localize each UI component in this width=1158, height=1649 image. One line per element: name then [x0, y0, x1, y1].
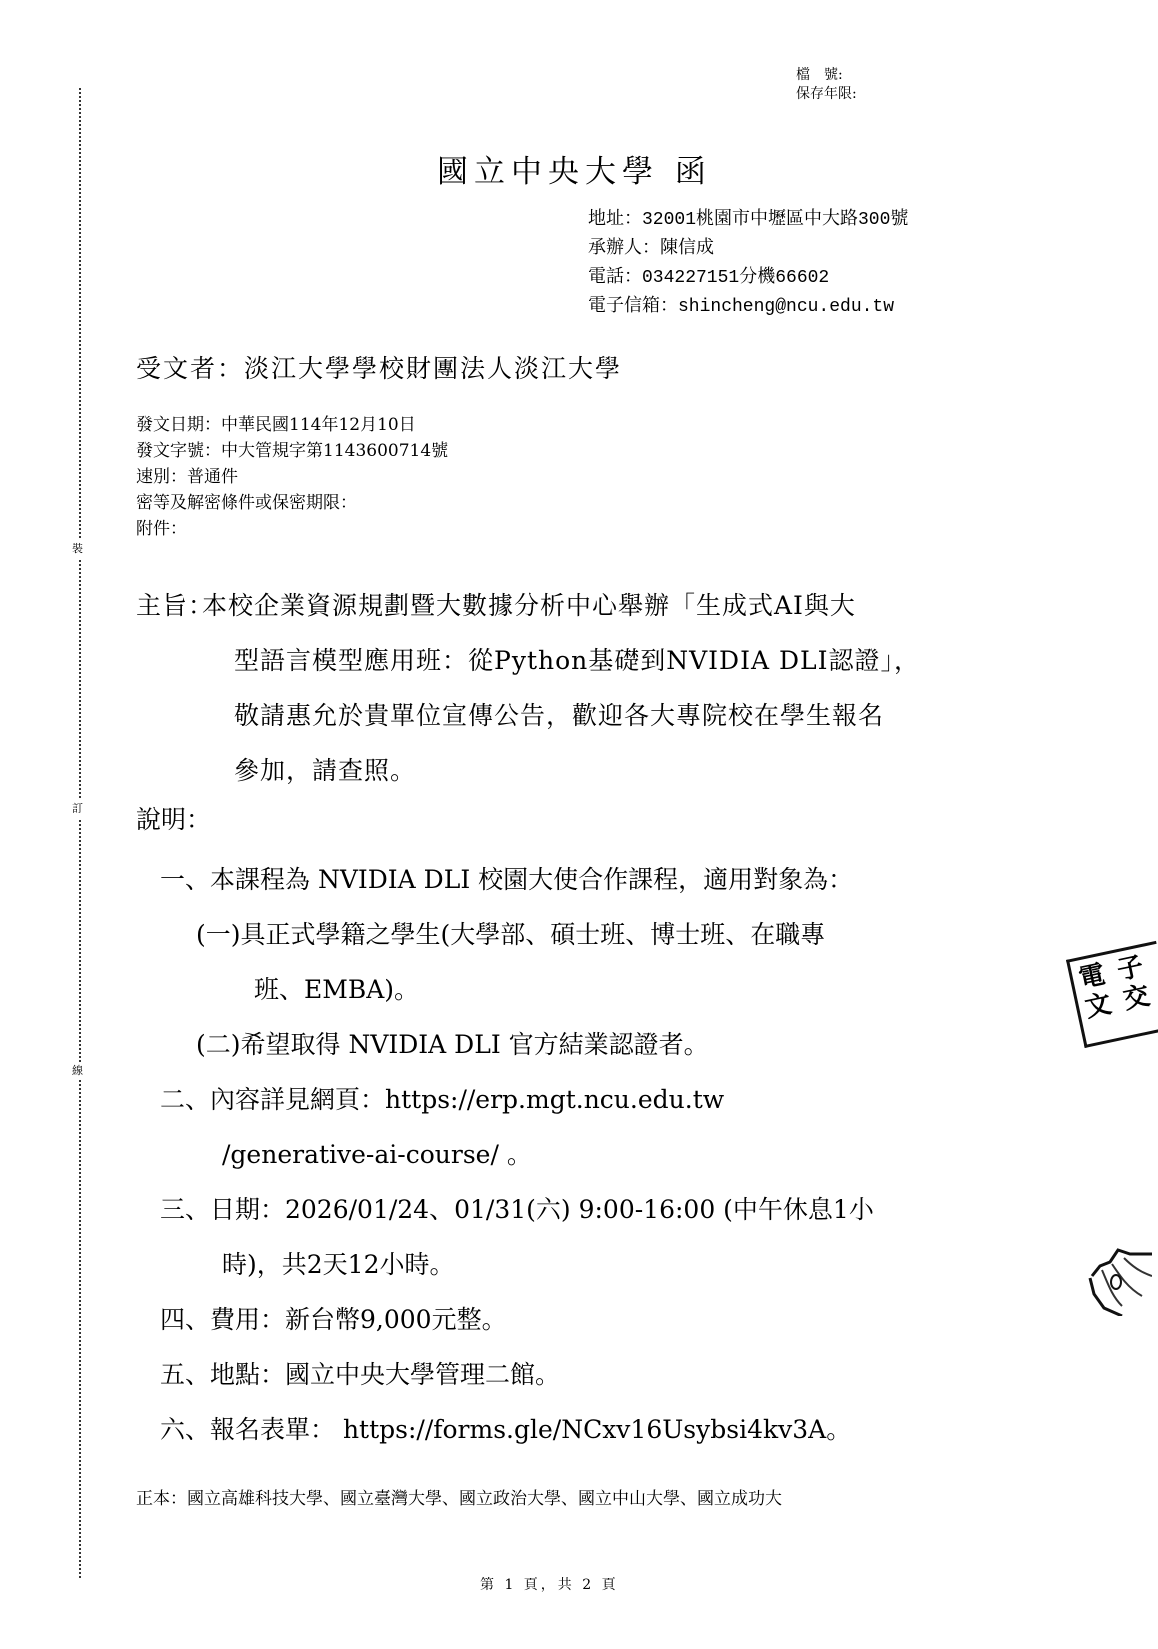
- binding-label-middle: 訂: [72, 800, 83, 818]
- sender-email: 電子信箱：shincheng@ncu.edu.tw: [588, 293, 908, 322]
- stamp-text-col1: 電文: [1076, 959, 1118, 1024]
- stamp-text-col2: 子交: [1114, 951, 1156, 1016]
- document-meta-block: 發文日期：中華民國114年12月10日 發文字號：中大管規字第114360071…: [136, 412, 448, 542]
- file-info-block: 檔 號: 保存年限:: [796, 66, 857, 104]
- explanation-subitem-1-cont: 班、EMBA)。: [0, 962, 874, 1017]
- subject-block: 主旨： 本校企業資源規劃暨大數據分析中心舉辦「生成式AI與大 型語言模型應用班：…: [136, 578, 920, 798]
- explanation-items: 一、本課程為 NVIDIA DLI 校園大使合作課程，適用對象為： (一)具正式…: [0, 852, 874, 1457]
- explanation-subitem-1: (一)具正式學籍之學生(大學部、碩士班、博士班、在職專: [0, 907, 874, 962]
- cc-recipients: 正本：國立高雄科技大學、國立臺灣大學、國立政治大學、國立中山大學、國立成功大: [136, 1484, 782, 1509]
- attachments: 附件：: [136, 516, 448, 542]
- explanation-item-3-cont: 時)，共2天12小時。: [0, 1237, 874, 1292]
- file-number-label: 檔 號:: [796, 66, 857, 85]
- explanation-item-2: 二、內容詳見網頁：https://erp.mgt.ncu.edu.tw: [0, 1072, 874, 1127]
- sender-phone: 電話：034227151分機66602: [588, 264, 908, 293]
- document-number: 發文字號：中大管規字第1143600714號: [136, 438, 448, 464]
- document-title: 國立中央大學 函: [437, 146, 712, 191]
- seal-stamp-icon: [1082, 1236, 1152, 1316]
- explanation-item-3: 三、日期：2026/01/24、01/31(六) 9:00-16:00 (中午休…: [0, 1182, 874, 1237]
- recipient: 受文者：淡江大學學校財團法人淡江大學: [136, 349, 622, 385]
- explanation-item-4: 四、費用：新台幣9,000元整。: [0, 1292, 874, 1347]
- subject-line: 敬請惠允於貴單位宣傳公告，歡迎各大專院校在學生報名: [136, 688, 920, 743]
- priority: 速別：普通件: [136, 464, 448, 490]
- subject-line: 型語言模型應用班：從Python基礎到NVIDIA DLI認證」，: [136, 633, 920, 688]
- subject-line: 參加，請查照。: [136, 743, 920, 798]
- subject-label: 主旨：: [136, 578, 214, 633]
- retention-label: 保存年限:: [796, 85, 857, 104]
- explanation-item-2-cont: /generative-ai-course/ 。: [0, 1127, 874, 1182]
- page-number: 第 1 頁，共 2 頁: [480, 1574, 619, 1594]
- explanation-item-6: 六、報名表單： https://forms.gle/NCxv16Usybsi4k…: [0, 1402, 874, 1457]
- subject-line: 本校企業資源規劃暨大數據分析中心舉辦「生成式AI與大: [136, 578, 920, 633]
- issue-date: 發文日期：中華民國114年12月10日: [136, 412, 448, 438]
- confidentiality: 密等及解密條件或保密期限：: [136, 490, 448, 516]
- explanation-item-5: 五、地點：國立中央大學管理二館。: [0, 1347, 874, 1402]
- explanation-item-1: 一、本課程為 NVIDIA DLI 校園大使合作課程，適用對象為：: [0, 852, 874, 907]
- sender-contact-person: 承辦人：陳信成: [588, 235, 908, 264]
- binding-label-top: 裝: [72, 540, 83, 558]
- electronic-document-stamp: 電文 子交: [1066, 941, 1158, 1048]
- sender-address: 地址：32001桃園市中壢區中大路300號: [588, 206, 908, 235]
- explanation-subitem-2: (二)希望取得 NVIDIA DLI 官方結業認證者。: [0, 1017, 874, 1072]
- sender-info-block: 地址：32001桃園市中壢區中大路300號 承辦人：陳信成 電話：0342271…: [588, 206, 908, 322]
- explanation-label: 說明：: [136, 800, 211, 836]
